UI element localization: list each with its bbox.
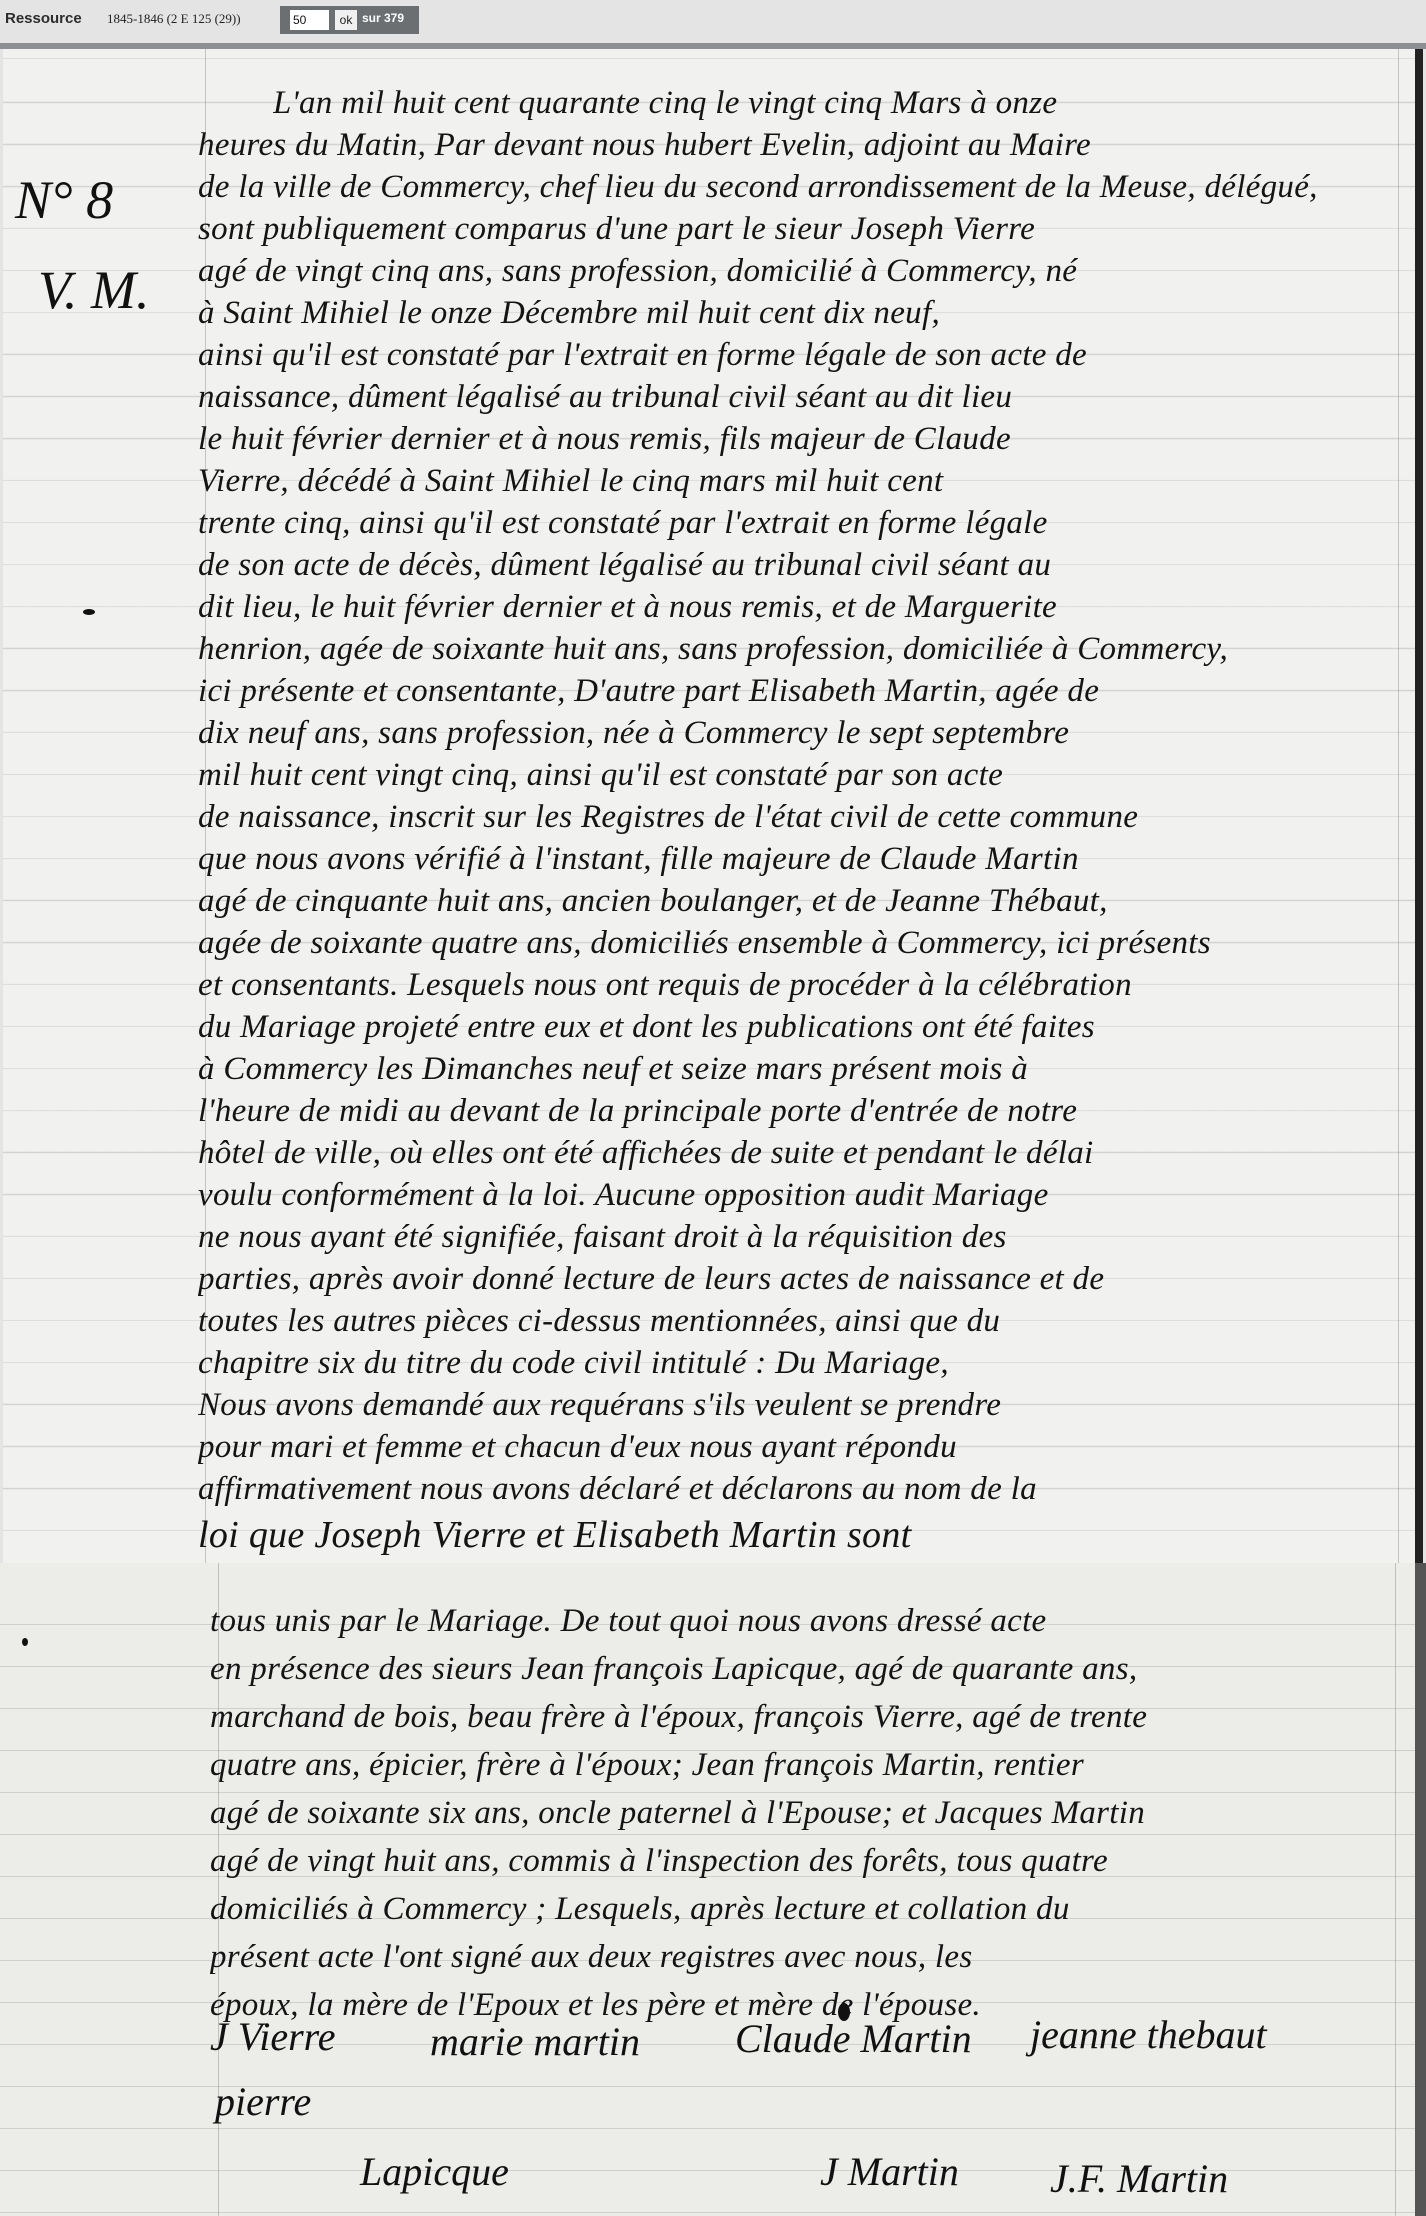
text-line: de son acte de décès, dûment légalisé au… (198, 547, 1395, 584)
resource-reference: 1845-1846 (2 E 125 (29)) (107, 11, 241, 27)
text-line: trente cinq, ainsi qu'il est constaté pa… (198, 505, 1395, 542)
signature: pierre (215, 2078, 311, 2125)
right-rule (1395, 1563, 1396, 2216)
text-line: ici présente et consentante, D'autre par… (198, 673, 1395, 710)
text-line: chapitre six du titre du code civil inti… (198, 1345, 1395, 1382)
text-line: que nous avons vérifié à l'instant, fill… (198, 841, 1395, 878)
text-line: agé de vingt huit ans, commis à l'inspec… (210, 1843, 1395, 1880)
text-line: sont publiquement comparus d'une part le… (198, 211, 1395, 248)
text-line: tous unis par le Mariage. De tout quoi n… (210, 1603, 1395, 1640)
text-line: agé de vingt cinq ans, sans profession, … (198, 253, 1395, 290)
text-line: domiciliés à Commercy ; Lesquels, après … (210, 1891, 1395, 1928)
text-line: agé de cinquante huit ans, ancien boulan… (198, 883, 1395, 920)
text-line: dit lieu, le huit février dernier et à n… (198, 589, 1395, 626)
text-line: présent acte l'ont signé aux deux regist… (210, 1939, 1395, 1976)
document-scan-bottom: tous unis par le Mariage. De tout quoi n… (0, 1563, 1426, 2216)
text-line: naissance, dûment légalisé au tribunal c… (198, 379, 1395, 416)
ink-blot (83, 609, 95, 615)
margin-note-number: N° 8 (15, 169, 113, 231)
text-line: l'heure de midi au devant de la principa… (198, 1093, 1395, 1130)
text-line: ainsi qu'il est constaté par l'extrait e… (198, 337, 1395, 374)
text-line: hôtel de ville, où elles ont été affiché… (198, 1135, 1395, 1172)
text-line: voulu conformément à la loi. Aucune oppo… (198, 1177, 1395, 1214)
text-line: pour mari et femme et chacun d'eux nous … (198, 1429, 1395, 1466)
text-line: loi que Joseph Vierre et Elisabeth Marti… (198, 1513, 1395, 1557)
text-line: à Saint Mihiel le onze Décembre mil huit… (198, 295, 1395, 332)
signature: J.F. Martin (1050, 2155, 1228, 2202)
signature: J Martin (820, 2148, 959, 2195)
signature: jeanne thebaut (1030, 2011, 1267, 2058)
text-line: affirmativement nous avons déclaré et dé… (198, 1471, 1395, 1508)
text-line: dix neuf ans, sans profession, née à Com… (198, 715, 1395, 752)
text-line: L'an mil huit cent quarante cinq le ving… (273, 85, 1395, 122)
signature: Claude Martin (735, 2015, 972, 2062)
text-line: en présence des sieurs Jean françois Lap… (210, 1651, 1395, 1688)
signature: J Vierre (210, 2013, 336, 2060)
text-line: de la ville de Commercy, chef lieu du se… (198, 169, 1395, 206)
signature: marie martin (430, 2018, 640, 2065)
ink-blot (22, 1638, 28, 1646)
text-line: et consentants. Lesquels nous ont requis… (198, 967, 1395, 1004)
text-line: le huit février dernier et à nous remis,… (198, 421, 1395, 458)
text-line: du Mariage projeté entre eux et dont les… (198, 1009, 1395, 1046)
right-rule (1398, 49, 1399, 1563)
document-scan-top: N° 8 V. M. L'an mil huit cent quarante c… (3, 49, 1423, 1563)
text-line: de naissance, inscrit sur les Registres … (198, 799, 1395, 836)
text-line: parties, après avoir donné lecture de le… (198, 1261, 1395, 1298)
page-total: sur 379 (362, 11, 404, 25)
page-navigator: ok sur 379 (280, 6, 419, 34)
resource-label: Ressource (5, 10, 82, 27)
signature: Lapicque (360, 2148, 509, 2195)
text-line: à Commercy les Dimanches neuf et seize m… (198, 1051, 1395, 1088)
text-line: heures du Matin, Par devant nous hubert … (198, 127, 1395, 164)
text-line: ne nous ayant été signifiée, faisant dro… (198, 1219, 1395, 1256)
text-line: Nous avons demandé aux requérans s'ils v… (198, 1387, 1395, 1424)
go-to-page-button[interactable]: ok (335, 10, 357, 30)
text-line: henrion, agée de soixante huit ans, sans… (198, 631, 1395, 668)
page-number-input[interactable] (290, 10, 329, 30)
text-line: marchand de bois, beau frère à l'époux, … (210, 1699, 1395, 1736)
text-line: quatre ans, épicier, frère à l'époux; Je… (210, 1747, 1395, 1784)
text-line: mil huit cent vingt cinq, ainsi qu'il es… (198, 757, 1395, 794)
toolbar: Ressource 1845-1846 (2 E 125 (29)) ok su… (0, 0, 1426, 43)
text-line: agée de soixante quatre ans, domiciliés … (198, 925, 1395, 962)
text-line: agé de soixante six ans, oncle paternel … (210, 1795, 1395, 1832)
text-line: toutes les autres pièces ci-dessus menti… (198, 1303, 1395, 1340)
margin-note-initials: V. M. (38, 259, 150, 321)
text-line: Vierre, décédé à Saint Mihiel le cinq ma… (198, 463, 1395, 500)
